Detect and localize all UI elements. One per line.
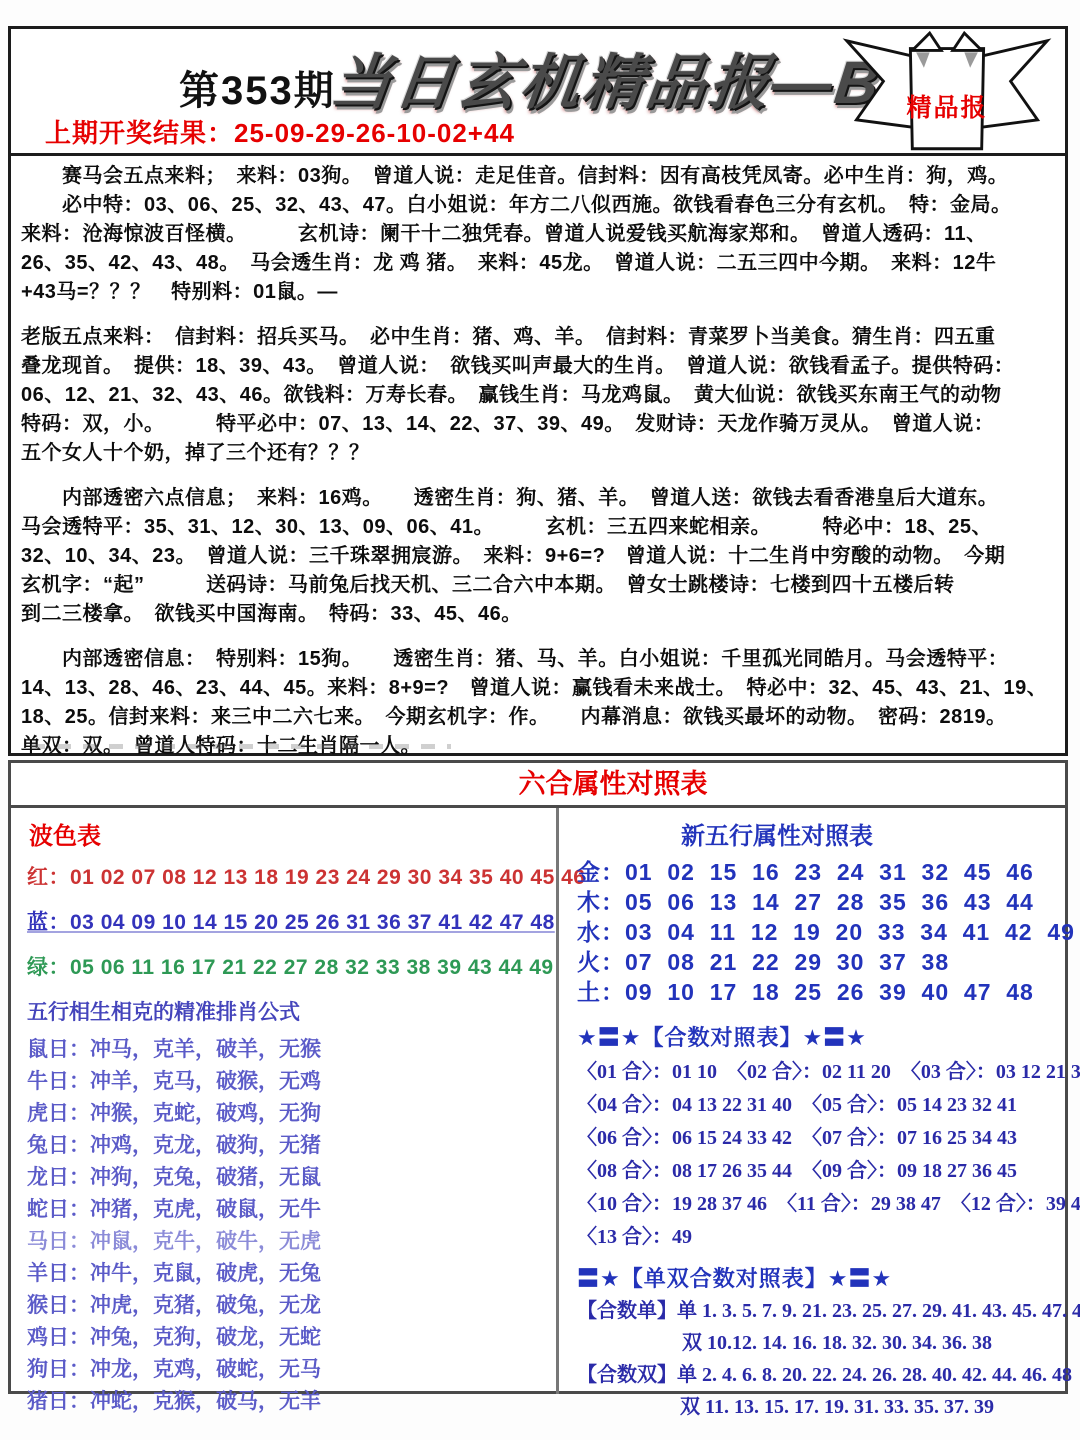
wave-green-row: 绿：05 06 11 16 17 21 22 27 28 32 33 38 39…	[27, 951, 556, 981]
tips-line: 五个女人十个奶，掉了三个还有？？？	[21, 439, 1055, 468]
zodiac-row: 牛日：冲羊，克马，破猴，无鸡	[27, 1066, 556, 1098]
sum-row: 〈08 合〉：08 17 26 35 44 〈09 合〉：09 18 27 36…	[577, 1155, 1080, 1188]
tips-block-1: 赛马会五点来料； 来料：03狗。 曾道人说：走足佳音。信封料：因有高枝凭凤寄。必…	[21, 162, 1055, 307]
attribute-table-title: 六合属性对照表	[11, 763, 1065, 808]
zodiac-row: 鼠日：冲马，克羊，破羊，无猴	[27, 1034, 556, 1066]
zodiac-row: 蛇日：冲猪，克虎，破鼠，无牛	[27, 1194, 556, 1226]
tips-line: 32、10、34、23。 曾道人说：三千珠翠拥宸游。 来料：9+6=? 曾道人说…	[21, 542, 1055, 571]
zodiac-row: 马日：冲鼠，克牛，破牛，无虎	[27, 1226, 556, 1258]
zodiac-row: 兔日：冲鸡，克龙，破狗，无猪	[27, 1130, 556, 1162]
odd-even-row: 【合数双】单 2. 4. 6. 8. 20. 22. 24. 26. 28. 4…	[577, 1359, 1080, 1391]
masthead: 第353期 当日玄机精品报—B 上期开奖结果：25-09-29-26-10-02…	[11, 29, 1065, 156]
tips-line: 马会透特平：35、31、12、30、13、09、06、41。 玄机：三五四来蛇相…	[21, 513, 1055, 542]
odd-even-row: 【合数单】单 1. 3. 5. 7. 9. 21. 23. 25. 27. 29…	[577, 1295, 1080, 1327]
wave-blue-row: 蓝：03 04 09 10 14 15 20 25 26 31 36 37 41…	[27, 906, 556, 936]
element-water-row: 水：03 04 11 12 19 20 33 34 41 42 49	[577, 917, 1080, 947]
tips-line: 必中特：03、06、25、32、43、47。白小姐说：年方二八似西施。欲钱看春色…	[21, 191, 1055, 220]
wave-red-row: 红：01 02 07 08 12 13 18 19 23 24 29 30 34…	[27, 861, 556, 891]
tips-line: 赛马会五点来料； 来料：03狗。 曾道人说：走足佳音。信封料：因有高枝凭凤寄。必…	[21, 162, 1055, 191]
zodiac-row: 狗日：冲龙，克鸡，破蛇，无马	[27, 1354, 556, 1386]
tips-block-2: 老版五点来料： 信封料：招兵买马。 必中生肖：猪、鸡、羊。 信封料：青菜罗卜当美…	[21, 323, 1055, 468]
five-elements-column: 新五行属性对照表 金：01 02 15 16 23 24 31 32 45 46…	[559, 808, 1080, 1394]
odd-even-row: 双 10.12. 14. 16. 18. 32. 30. 34. 36. 38	[577, 1327, 1080, 1359]
tips-line: 14、13、28、46、23、44、45。来料：8+9=? 曾道人说：赢钱看未来…	[21, 674, 1055, 703]
tips-line: 老版五点来料： 信封料：招兵买马。 必中生肖：猪、鸡、羊。 信封料：青菜罗卜当美…	[21, 323, 1055, 352]
tips-text-area: 赛马会五点来料； 来料：03狗。 曾道人说：走足佳音。信封料：因有高枝凭凤寄。必…	[11, 156, 1065, 761]
zodiac-row: 鸡日：冲兔，克狗，破龙，无蛇	[27, 1322, 556, 1354]
sum-row: 〈04 合〉：04 13 22 31 40 〈05 合〉：05 14 23 32…	[577, 1089, 1080, 1122]
element-earth-row: 土：09 10 17 18 25 26 39 40 47 48	[577, 977, 1080, 1007]
zodiac-row: 羊日：冲牛，克鼠，破虎，无兔	[27, 1258, 556, 1290]
sum-row: 〈01 合〉：01 10 〈02 合〉：02 11 20 〈03 合〉：03 1…	[577, 1056, 1080, 1089]
element-fire-row: 火：07 08 21 22 29 30 37 38	[577, 947, 1080, 977]
element-gold-row: 金：01 02 15 16 23 24 31 32 45 46	[577, 857, 1080, 887]
scan-artifact	[31, 744, 451, 749]
tips-block-3: 内部透密六点信息； 来料：16鸡。 透密生肖：狗、猪、羊。 曾道人送：欲钱去看香…	[21, 484, 1055, 629]
tips-line: +43马=？？？ 特别料：01鼠。—	[21, 278, 1055, 307]
ribbon-banner-icon: 精品报	[841, 27, 1053, 151]
odd-even-sum-title: 〓★【单双合数对照表】★〓★	[577, 1262, 1080, 1293]
element-wood-row: 木：05 06 13 14 27 28 35 36 43 44	[577, 887, 1080, 917]
odd-even-row: 双 11. 13. 15. 17. 19. 31. 33. 35. 37. 39	[577, 1391, 1080, 1423]
sum-row: 〈10 合〉：19 28 37 46 〈11 合〉：29 38 47 〈12 合…	[577, 1188, 1080, 1221]
tips-line: 内部透密六点信息； 来料：16鸡。 透密生肖：狗、猪、羊。 曾道人送：欲钱去看香…	[21, 484, 1055, 513]
sum-table-title: ★〓★【合数对照表】★〓★	[577, 1021, 1080, 1052]
tips-line: 叠龙现首。 提供：18、39、43。 曾道人说： 欲钱买叫声最大的生肖。 曾道人…	[21, 352, 1055, 381]
five-elements-title: 新五行属性对照表	[681, 816, 1080, 851]
wave-color-column: 波色表 红：01 02 07 08 12 13 18 19 23 24 29 3…	[11, 808, 559, 1394]
tips-line: 内部透密信息： 特别料：15狗。 透密生肖：猪、马、羊。白小姐说：千里孤光同皓月…	[21, 645, 1055, 674]
sum-row: 〈06 合〉：06 15 24 33 42 〈07 合〉：07 16 25 34…	[577, 1122, 1080, 1155]
attribute-table: 六合属性对照表 波色表 红：01 02 07 08 12 13 18 19 23…	[8, 760, 1068, 1394]
tips-line: 玄机字：“起” 送码诗：马前兔后找天机、三二合六中本期。 曾女士跳楼诗：七楼到四…	[21, 571, 1055, 600]
tips-line: 18、25。信封来料：来三中二六七来。 今期玄机字：作。 内幕消息：欲钱买最坏的…	[21, 703, 1055, 732]
banner-label: 精品报	[907, 93, 988, 122]
last-draw-result: 上期开奖结果：25-09-29-26-10-02+44	[45, 113, 515, 150]
zodiac-row: 猴日：冲虎，克猪，破兔，无龙	[27, 1290, 556, 1322]
tips-line: 到二三楼拿。 欲钱买中国海南。 特码：33、45、46。	[21, 600, 1055, 629]
issue-number: 第353期	[179, 59, 336, 116]
masthead-and-tips-box: 第353期 当日玄机精品报—B 上期开奖结果：25-09-29-26-10-02…	[8, 26, 1068, 756]
zodiac-row: 猪日：冲蛇，克猴，破马，无羊	[27, 1386, 556, 1418]
zodiac-row: 龙日：冲狗，克兔，破猪，无鼠	[27, 1162, 556, 1194]
tips-line: 06、12、21、32、43、46。欲钱料：万寿长春。 赢钱生肖：马龙鸡鼠。 黄…	[21, 381, 1055, 410]
wave-color-title: 波色表	[29, 816, 556, 851]
sum-row: 〈13 合〉：49	[577, 1221, 1080, 1254]
tips-line: 特码：双，小。 特平必中：07、13、14、22、37、39、49。 发财诗：天…	[21, 410, 1055, 439]
zodiac-formula-title: 五行相生相克的精准排肖公式	[27, 996, 556, 1026]
tips-line: 来料：沧海惊波百怪横。 玄机诗：阑干十二独凭春。曾道人说爱钱买航海家郑和。 曾道…	[21, 220, 1055, 249]
zodiac-row: 虎日：冲猴，克蛇，破鸡，无狗	[27, 1098, 556, 1130]
tips-line: 26、35、42、43、48。 马会透生肖：龙 鸡 猪。 来料：45龙。 曾道人…	[21, 249, 1055, 278]
